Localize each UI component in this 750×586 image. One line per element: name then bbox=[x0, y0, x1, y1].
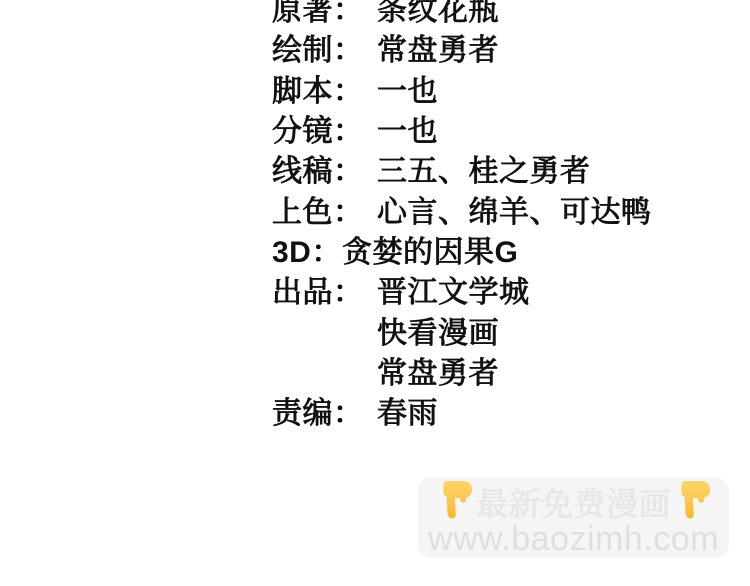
credit-names: 快看漫画 bbox=[377, 314, 499, 354]
watermark-title: 最新免费漫画 bbox=[476, 479, 671, 525]
credit-line: 出品： 晋江文学城 bbox=[272, 273, 652, 313]
credit-line: 分镜： 一也 bbox=[272, 112, 652, 152]
pointing-down-hand-icon bbox=[435, 479, 474, 522]
credit-line: 责编： 春雨 bbox=[272, 394, 652, 434]
credit-role-label bbox=[272, 354, 377, 394]
credit-names: 春雨 bbox=[377, 394, 438, 434]
credit-names: 一也 bbox=[377, 112, 438, 152]
credits-block: 原著： 条纹花瓶 绘制： 常盘勇者 脚本： 一也 分镜： 一也 线稿： 三五、桂… bbox=[272, 0, 652, 435]
credit-line: 脚本： 一也 bbox=[272, 72, 652, 112]
watermark-banner[interactable]: 最新免费漫画 www.baozimh.com bbox=[418, 477, 729, 558]
credit-role-label: 出品： bbox=[272, 273, 377, 313]
credit-role-label: 绘制： bbox=[272, 31, 377, 71]
credit-role-label: 责编： bbox=[272, 394, 377, 434]
credit-names: 心言、绵羊、可达鸭 bbox=[377, 193, 652, 233]
credit-line: 原著： 条纹花瓶 bbox=[272, 0, 652, 31]
credit-names: 一也 bbox=[377, 72, 438, 112]
credit-role-label: 原著： bbox=[272, 0, 377, 31]
credit-names: 常盘勇者 bbox=[377, 31, 499, 71]
credit-names: 条纹花瓶 bbox=[377, 0, 499, 31]
credit-names: 晋江文学城 bbox=[377, 273, 530, 313]
credit-line: 常盘勇者 bbox=[272, 354, 652, 394]
credit-line: 3D： 贪婪的因果G bbox=[272, 233, 652, 273]
credit-role-label bbox=[272, 314, 377, 354]
credit-role-label: 上色： bbox=[272, 193, 377, 233]
credit-role-label: 分镜： bbox=[272, 112, 377, 152]
credit-role-label: 线稿： bbox=[272, 152, 377, 192]
credit-line: 绘制： 常盘勇者 bbox=[272, 31, 652, 71]
credit-line: 上色： 心言、绵羊、可达鸭 bbox=[272, 193, 652, 233]
credit-role-label: 3D： bbox=[272, 233, 342, 273]
watermark-url[interactable]: www.baozimh.com bbox=[428, 522, 719, 556]
pointing-down-hand-icon bbox=[673, 479, 712, 522]
credit-names: 常盘勇者 bbox=[377, 354, 499, 394]
credit-line: 快看漫画 bbox=[272, 314, 652, 354]
credit-names: 三五、桂之勇者 bbox=[377, 152, 591, 192]
credit-role-label: 脚本： bbox=[272, 72, 377, 112]
watermark-title-row: 最新免费漫画 bbox=[435, 480, 712, 525]
credit-names: 贪婪的因果G bbox=[342, 233, 518, 273]
credit-line: 线稿： 三五、桂之勇者 bbox=[272, 152, 652, 192]
